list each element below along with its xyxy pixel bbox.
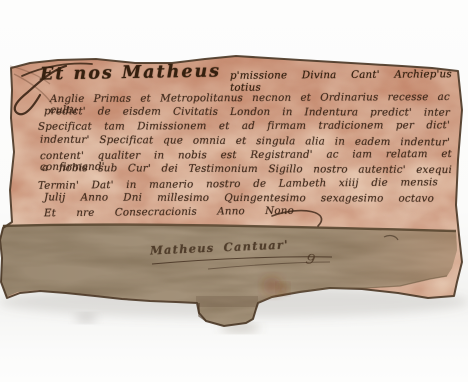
stain-spot xyxy=(263,277,281,295)
fold-band-shape xyxy=(0,218,468,333)
photo-of-vellum-document: Et nos Matheus p'missione Divina Cant' A… xyxy=(0,0,468,382)
stain-spot-dark xyxy=(278,284,288,294)
parchment-artwork xyxy=(0,0,468,382)
left-smudge xyxy=(75,314,97,322)
